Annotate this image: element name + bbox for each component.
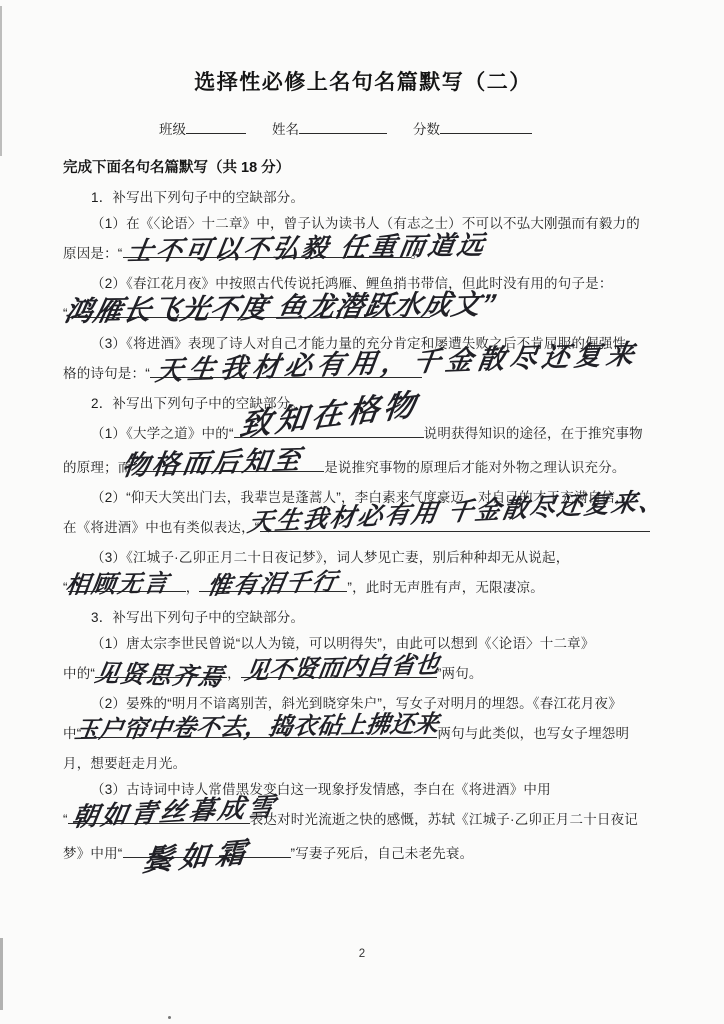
- class-label: 班级: [159, 122, 186, 137]
- printed-text: 在《将进酒》中也有类似表达，“: [63, 520, 260, 535]
- printed-text: 中的“: [63, 666, 95, 681]
- student-info-row: 班级 姓名 分数: [159, 118, 663, 138]
- worksheet-body: 1．补写出下列句子中的空缺部分。 （1）在《〈论语〉十二章》中，曾子认为读书人（…: [63, 185, 663, 871]
- scan-edge-artifact: [0, 6, 2, 156]
- scan-speckle: [168, 1016, 171, 1019]
- q3-item2-answer-line: 中“玉户帘中卷不去，捣衣砧上拂还来两句与此类似，也写女子埋怨明: [63, 717, 663, 751]
- printed-text: 两句与此类似，也写女子埋怨明: [437, 726, 629, 741]
- printed-text: （1）《大学之道》中的“: [91, 426, 234, 441]
- score-field: 分数: [413, 118, 532, 138]
- q2-item3-line1: （3）《江城子·乙卯正月二十日夜记梦》，词人梦见亡妻，别后种种却无从说起，: [63, 545, 663, 571]
- page-title: 选择性必修上名句名篇默写（二）: [63, 66, 663, 96]
- printed-text: 原因是：“: [63, 246, 123, 261]
- q3-item2-line3: 月，想要赶走月光。: [63, 751, 663, 777]
- printed-text: ，: [186, 580, 200, 595]
- answer-blank: 玉户帘中卷不去，捣衣砧上拂还来: [81, 723, 437, 738]
- handwritten-answer: 物格而后知至: [120, 447, 305, 480]
- printed-text: ”两句。: [437, 666, 483, 681]
- q3-item3-answer-line2: 梦》中用“鬓如霜”写妻子死后，自己未老先衰。: [63, 837, 663, 871]
- q1-stem: 1．补写出下列句子中的空缺部分。: [63, 185, 663, 211]
- answer-blank: 士不可以不弘毅 任重而道远: [123, 243, 411, 258]
- section-header: 完成下面名句名篇默写（共 18 分）: [63, 156, 663, 177]
- answer-blank: 见不贤而内自省也: [241, 663, 437, 678]
- handwritten-answer: 惟有泪千行: [205, 570, 340, 599]
- class-field: 班级: [159, 118, 246, 138]
- answer-blank: 物格而后知至: [136, 457, 324, 472]
- handwritten-answer: 玉户帘中卷不去，捣衣砧上拂还来: [73, 713, 440, 743]
- q2-item2-answer-line: 在《将进酒》中也有类似表达，“天生我材必有用 千金散尽还复来、: [63, 511, 663, 545]
- name-field: 姓名: [272, 118, 387, 138]
- printed-text: ”，此时无声胜有声，无限凄凉。: [347, 580, 544, 595]
- class-blank-line: [186, 119, 246, 134]
- handwritten-answer: 见贤思齐焉: [93, 662, 226, 691]
- q3-item1-answer-line: 中的“见贤思齐焉，见不贤而内自省也”两句。: [63, 657, 663, 691]
- handwritten-answer: 士不可以不弘毅 任重而道远: [125, 232, 488, 264]
- q1-item1-answer-line: 原因是：“士不可以不弘毅 任重而道远。”: [63, 237, 663, 271]
- page-number: 2: [0, 948, 724, 960]
- answer-blank: 见贤思齐焉: [95, 663, 227, 678]
- printed-text: ，: [227, 666, 241, 681]
- handwritten-answer: 见不贤而内自省也: [243, 653, 441, 684]
- handwritten-answer: 鸿雁长飞光不度 鱼龙潜跃水成文”: [62, 291, 499, 326]
- name-blank-line: [299, 119, 387, 134]
- score-blank-line: [440, 119, 532, 134]
- q3-item3-answer-line1: “朝如青丝暮成雪表达对时光流逝之快的感慨，苏轼《江城子·乙卯正月二十日夜记: [63, 803, 663, 837]
- printed-text: 表达对时光流逝之快的感慨，苏轼《江城子·乙卯正月二十日夜记: [250, 812, 638, 827]
- printed-text: 梦》中用“: [63, 846, 123, 861]
- name-label: 姓名: [272, 122, 299, 137]
- q1-item2-answer-line: “鸿雁长飞光不度 鱼龙潜跃水成文”: [63, 297, 663, 331]
- printed-text: ”写妻子死后，自己未老先衰。: [291, 846, 474, 861]
- printed-text: 格的诗句是：“: [63, 366, 150, 381]
- answer-blank: 惟有泪千行: [199, 577, 347, 592]
- answer-blank: 朝如青丝暮成雪: [68, 809, 250, 824]
- q2-item1-line1: （1）《大学之道》中的“致知在格物说明获得知识的途径，在于推究事物: [63, 417, 663, 451]
- answer-blank: 致知在格物: [234, 423, 424, 438]
- printed-text: 说明获得知识的途径，在于推究事物: [424, 426, 643, 441]
- answer-blank: 相顾无言: [68, 577, 186, 592]
- answer-blank: 鸿雁长飞光不度 鱼龙潜跃水成文”: [68, 303, 430, 318]
- score-label: 分数: [413, 122, 440, 137]
- scanned-worksheet-page: 选择性必修上名句名篇默写（二） 班级 姓名 分数 完成下面名句名篇默写（共 18…: [0, 0, 724, 1024]
- handwritten-answer: 鬓如霜: [141, 839, 254, 877]
- q2-item3-answer-line: “相顾无言，惟有泪千行”，此时无声胜有声，无限凄凉。: [63, 571, 663, 605]
- q3-stem: 3．补写出下列句子中的空缺部分。: [63, 605, 663, 631]
- q1-item3-answer-line: 格的诗句是：“天生我材必有用，千金散尽还复来: [63, 357, 663, 391]
- answer-blank: 鬓如霜: [123, 843, 291, 858]
- handwritten-answer: 相顾无言: [64, 572, 171, 598]
- q2-item1-line2: 的原理；而“物格而后知至是说推究事物的原理后才能对外物之理认识充分。: [63, 451, 663, 485]
- answer-blank: 天生我材必有用 千金散尽还复来、: [260, 517, 650, 532]
- answer-blank: 天生我材必有用，千金散尽还复来: [150, 363, 422, 378]
- printed-text: 是说推究事物的原理后才能对外物之理认识充分。: [324, 460, 625, 475]
